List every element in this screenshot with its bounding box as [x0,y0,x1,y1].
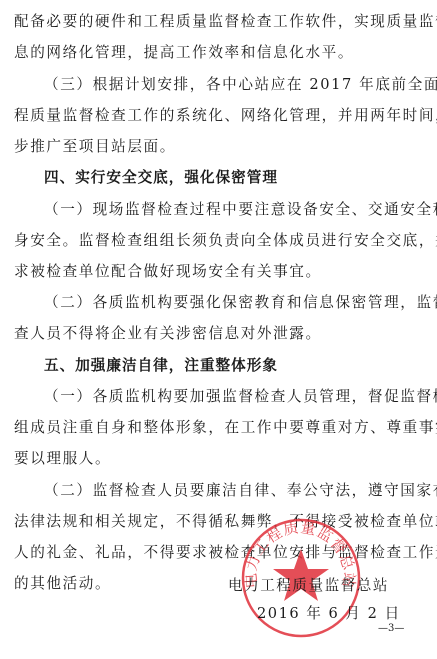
section-heading: 五、加强廉洁自律，注重整体形象 [44,356,426,376]
paragraph-line: （二）各质监机构要强化保密教育和信息保密管理，监督检 [44,293,426,313]
paragraph-line: （一）各质监机构要加强监督检查人员管理，督促监督检查 [44,387,426,407]
paragraph-line: 组成员注重自身和整体形象，在工作中要尊重对方、尊重事实， [14,418,426,438]
paragraph-line: 身安全。监督检查组组长须负责向全体成员进行安全交底，并要 [14,231,426,251]
paragraph-line: （一）现场监督检查过程中要注意设备安全、交通安全和人 [44,200,426,220]
paragraph-line: （二）监督检查人员要廉洁自律、奉公守法，遵守国家有关 [44,481,426,501]
paragraph-line: 求被检查单位配合做好现场安全有关事宜。 [14,262,426,282]
signature-date: 2016 年 6 月 2 日 [257,602,401,623]
paragraph-line: （三）根据计划安排，各中心站应在 2017 年底前全面实现工 [44,75,426,95]
section-heading: 四、实行安全交底，强化保密管理 [44,168,426,188]
paragraph-line: 要以理服人。 [14,449,426,469]
paragraph-line: 人的礼金、礼品，不得要求被检查单位安排与监督检查工作无关 [14,543,426,563]
signature-organization: 电力工程质量监督总站 [228,574,389,595]
paragraph-line: 息的网络化管理，提高工作效率和信息化水平。 [14,43,426,63]
paragraph-line: 查人员不得将企业有关涉密信息对外泄露。 [14,324,426,344]
paragraph-line: 配备必要的硬件和工程质量监督检查工作软件，实现质量监督信 [14,12,426,32]
paragraph-line: 程质量监督检查工作的系统化、网络化管理，并用两年时间，逐 [14,106,426,126]
paragraph-line: 步推广至项目站层面。 [14,137,426,157]
page-number: —3— [378,623,404,634]
paragraph-line: 法律法规和相关规定，不得循私舞弊，不得接受被检查单位或个 [14,512,426,532]
